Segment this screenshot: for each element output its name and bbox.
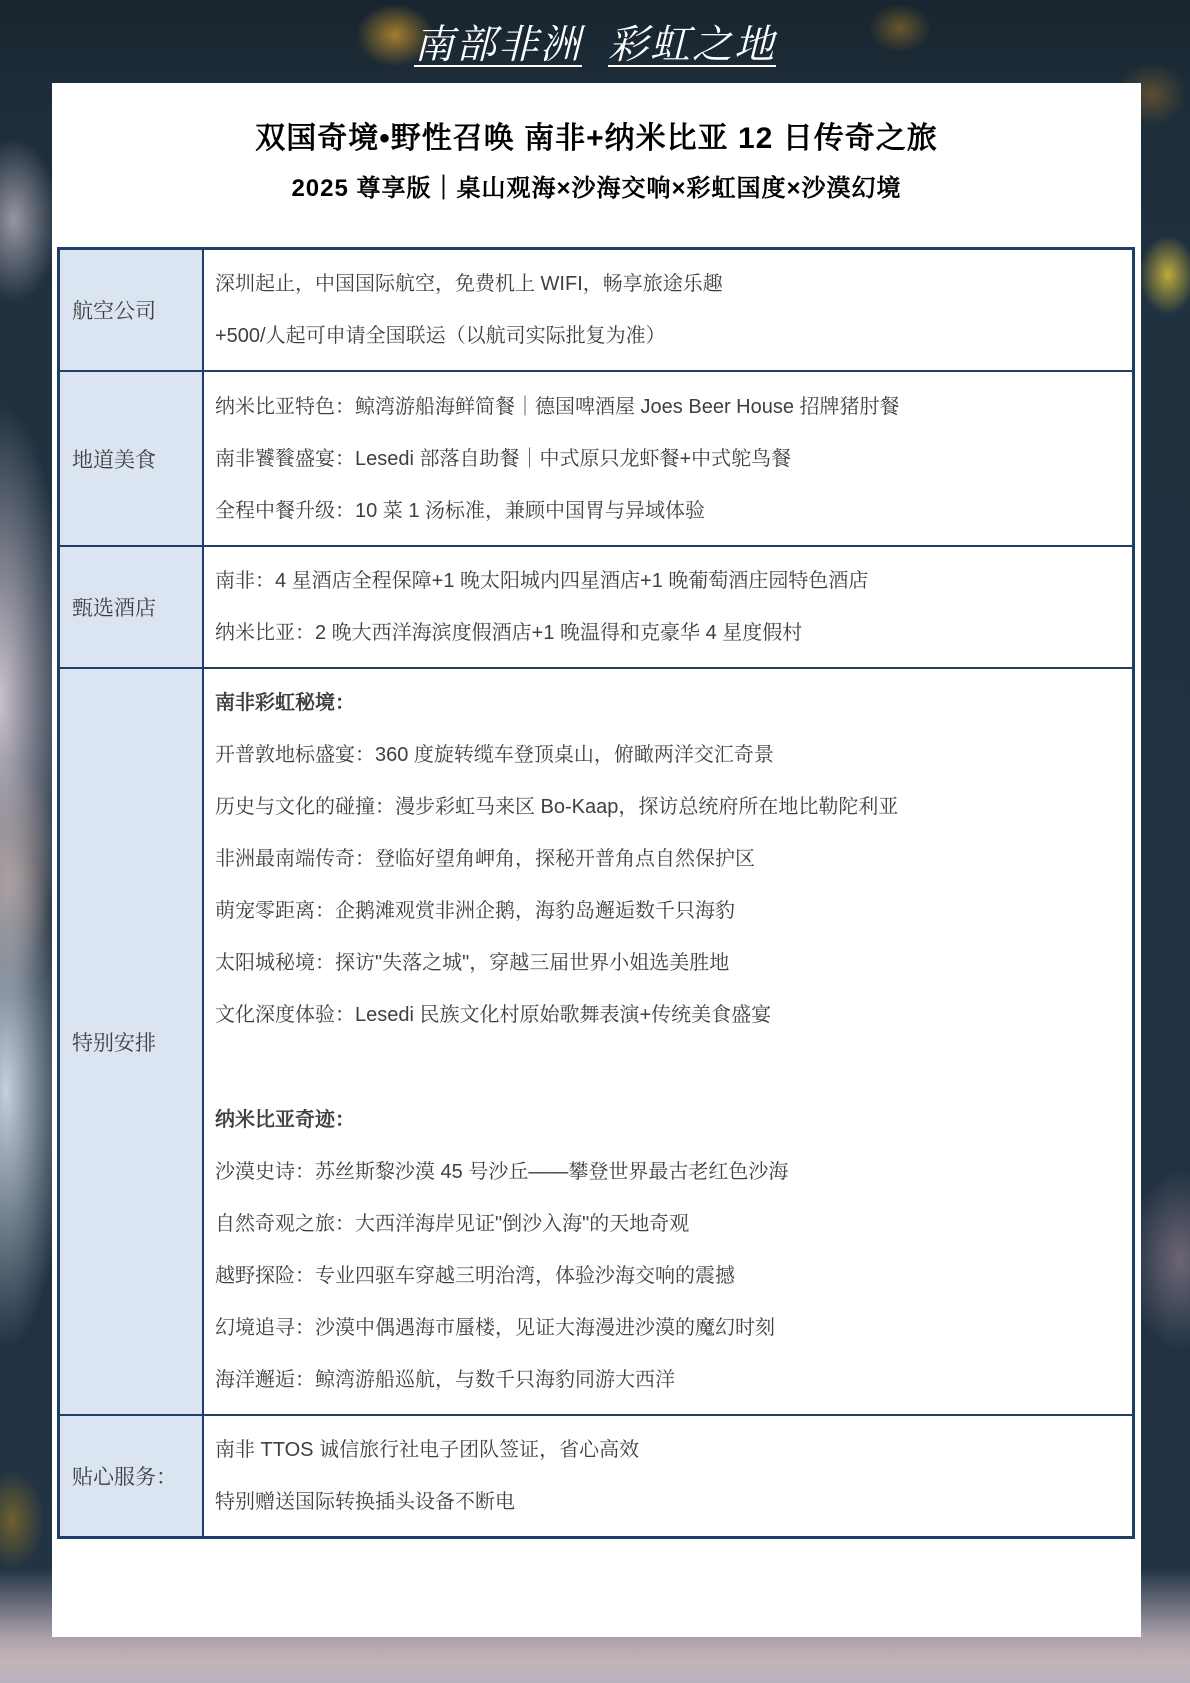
table-row-special: 特别安排 南非彩虹秘境： 开普敦地标盛宴：360 度旋转缆车登顶桌山，俯瞰两洋交… <box>60 667 1132 1414</box>
row-content-hotel: 南非：4 星酒店全程保障+1 晚太阳城内四星酒店+1 晚葡萄酒庄园特色酒店 纳米… <box>204 547 1132 667</box>
content-line: 太阳城秘境：探访"失落之城"，穿越三届世界小姐选美胜地 <box>215 950 1118 976</box>
row-content-special: 南非彩虹秘境： 开普敦地标盛宴：360 度旋转缆车登顶桌山，俯瞰两洋交汇奇景 历… <box>204 669 1132 1414</box>
content-line: 沙漠史诗：苏丝斯黎沙漠 45 号沙丘——攀登世界最古老红色沙海 <box>215 1159 1118 1185</box>
content-line: 海洋邂逅：鲸湾游船巡航，与数千只海豹同游大西洋 <box>215 1367 1118 1393</box>
table-row-service: 贴心服务： 南非 TTOS 诚信旅行社电子团队签证，省心高效 特别赠送国际转换插… <box>60 1414 1132 1536</box>
content-line: 自然奇观之旅：大西洋海岸见证"倒沙入海"的天地奇观 <box>215 1211 1118 1237</box>
row-label-airline: 航空公司 <box>60 250 204 370</box>
content-line: 越野探险：专业四驱车穿越三明治湾，体验沙海交响的震撼 <box>215 1263 1118 1289</box>
table-row-hotel: 甄选酒店 南非：4 星酒店全程保障+1 晚太阳城内四星酒店+1 晚葡萄酒庄园特色… <box>60 545 1132 667</box>
content-line: 南非饕餮盛宴：Lesedi 部落自助餐｜中式原只龙虾餐+中式鸵鸟餐 <box>215 446 1118 472</box>
row-content-airline: 深圳起止，中国国际航空，免费机上 WIFI，畅享旅途乐趣 +500/人起可申请全… <box>204 250 1132 370</box>
table-row-food: 地道美食 纳米比亚特色：鲸湾游船海鲜简餐｜德国啤酒屋 Joes Beer Hou… <box>60 370 1132 545</box>
banner-word-1: 南部非洲 <box>414 13 582 70</box>
content-line: 非洲最南端传奇：登临好望角岬角，探秘开普角点自然保护区 <box>215 846 1118 872</box>
content-line: 深圳起止，中国国际航空，免费机上 WIFI，畅享旅途乐趣 <box>215 271 1118 297</box>
table-row-airline: 航空公司 深圳起止，中国国际航空，免费机上 WIFI，畅享旅途乐趣 +500/人… <box>60 250 1132 370</box>
content-line: 纳米比亚：2 晚大西洋海滨度假酒店+1 晚温得和克豪华 4 星度假村 <box>215 620 1118 646</box>
row-label-food: 地道美食 <box>60 372 204 545</box>
content-line: 纳米比亚特色：鲸湾游船海鲜简餐｜德国啤酒屋 Joes Beer House 招牌… <box>215 394 1118 420</box>
itinerary-table: 航空公司 深圳起止，中国国际航空，免费机上 WIFI，畅享旅途乐趣 +500/人… <box>57 247 1135 1539</box>
row-content-service: 南非 TTOS 诚信旅行社电子团队签证，省心高效 特别赠送国际转换插头设备不断电 <box>204 1416 1132 1536</box>
content-line: 开普敦地标盛宴：360 度旋转缆车登顶桌山，俯瞰两洋交汇奇景 <box>215 742 1118 768</box>
page-subtitle: 2025 尊享版｜桌山观海×沙海交响×彩虹国度×沙漠幻境 <box>52 171 1141 207</box>
content-line: 文化深度体验：Lesedi 民族文化村原始歌舞表演+传统美食盛宴 <box>215 1002 1118 1028</box>
page-title: 双国奇境•野性召唤 南非+纳米比亚 12 日传奇之旅 <box>52 117 1141 161</box>
content-line: 特别赠送国际转换插头设备不断电 <box>215 1489 1118 1515</box>
row-label-service: 贴心服务： <box>60 1416 204 1536</box>
section-heading-south-africa: 南非彩虹秘境： <box>215 690 1118 716</box>
content-line: 南非：4 星酒店全程保障+1 晚太阳城内四星酒店+1 晚葡萄酒庄园特色酒店 <box>215 568 1118 594</box>
row-content-food: 纳米比亚特色：鲸湾游船海鲜简餐｜德国啤酒屋 Joes Beer House 招牌… <box>204 372 1132 545</box>
row-label-special: 特别安排 <box>60 669 204 1414</box>
content-line: 南非 TTOS 诚信旅行社电子团队签证，省心高效 <box>215 1437 1118 1463</box>
banner-word-2: 彩虹之地 <box>608 13 776 70</box>
content-line: 萌宠零距离：企鹅滩观赏非洲企鹅，海豹岛邂逅数千只海豹 <box>215 898 1118 924</box>
itinerary-card: 双国奇境•野性召唤 南非+纳米比亚 12 日传奇之旅 2025 尊享版｜桌山观海… <box>52 83 1141 1637</box>
row-label-hotel: 甄选酒店 <box>60 547 204 667</box>
section-heading-namibia: 纳米比亚奇迹： <box>215 1107 1118 1133</box>
content-line: 全程中餐升级：10 菜 1 汤标准，兼顾中国胃与异域体验 <box>215 498 1118 524</box>
content-line: 历史与文化的碰撞：漫步彩虹马来区 Bo-Kaap，探访总统府所在地比勒陀利亚 <box>215 794 1118 820</box>
banner: 南部非洲彩虹之地 <box>0 0 1190 82</box>
content-line: 幻境追寻：沙漠中偶遇海市蜃楼，见证大海漫进沙漠的魔幻时刻 <box>215 1315 1118 1341</box>
content-line: +500/人起可申请全国联运（以航司实际批复为准） <box>215 323 1118 349</box>
